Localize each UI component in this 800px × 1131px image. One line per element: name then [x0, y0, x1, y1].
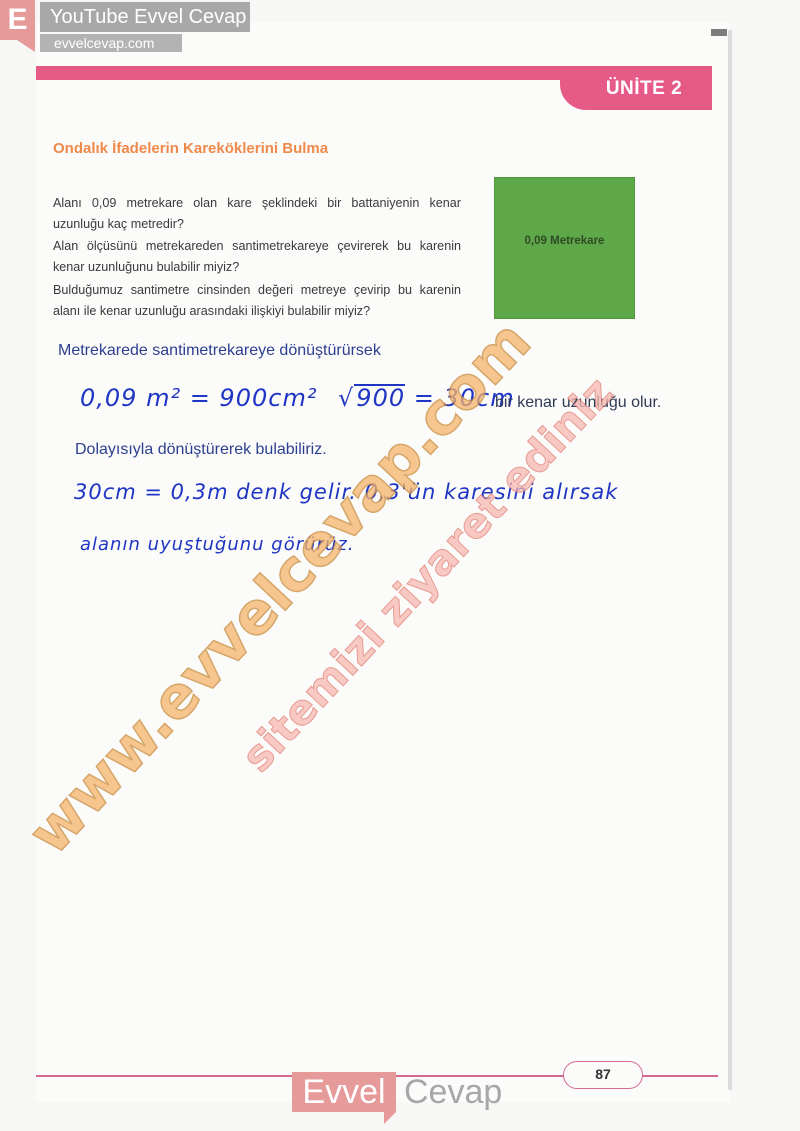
page-number: 87 [564, 1066, 642, 1082]
brand-cevap: Cevap [404, 1072, 502, 1112]
section-title: Ondalık İfadelerin Kareköklerini Bulma [53, 140, 328, 157]
area-figure-label: 0,09 Metrekare [494, 235, 635, 247]
evvel-logo: E [0, 0, 35, 40]
answer-suffix: bir kenar uzunluğu olur. [495, 394, 661, 412]
handwritten-equation-1: 0,09 m² = 900cm² [80, 384, 317, 412]
page-edge-tab [711, 29, 727, 36]
handwritten-equation-2: √900 = 30cm [338, 384, 515, 412]
sqrt-symbol-icon: √ [338, 384, 354, 412]
unit-label: ÜNİTE 2 [560, 78, 712, 100]
page-edge [728, 30, 732, 1090]
youtube-channel-label: YouTube Evvel Cevap [40, 2, 250, 32]
sqrt-radicand: 900 [354, 384, 405, 410]
question-2: Alan ölçüsünü metrekareden santimetrekar… [53, 236, 461, 278]
answer-intro: Metrekarede santimetrekareye dönüştürürs… [58, 342, 381, 360]
area-figure: 0,09 Metrekare [494, 177, 635, 319]
logo-letter: E [0, 3, 35, 37]
unit-tab: ÜNİTE 2 [560, 66, 712, 110]
brand-evvel: Evvel [292, 1072, 396, 1112]
answer-conclusion: Dolayısıyla dönüştürerek bulabiliriz. [75, 441, 327, 459]
handwritten-line-1: 30cm = 0,3m denk gelir. 0,3'ün karesini … [74, 480, 618, 504]
question-3: Bulduğumuz santimetre cinsinden değeri m… [53, 280, 461, 322]
page-number-badge: 87 [563, 1061, 643, 1089]
question-1: Alanı 0,09 metrekare olan kare şeklindek… [53, 193, 461, 235]
site-label: evvelcevap.com [40, 34, 182, 52]
handwritten-line-2: alanın uyuştuğunu görürüz. [80, 534, 355, 555]
